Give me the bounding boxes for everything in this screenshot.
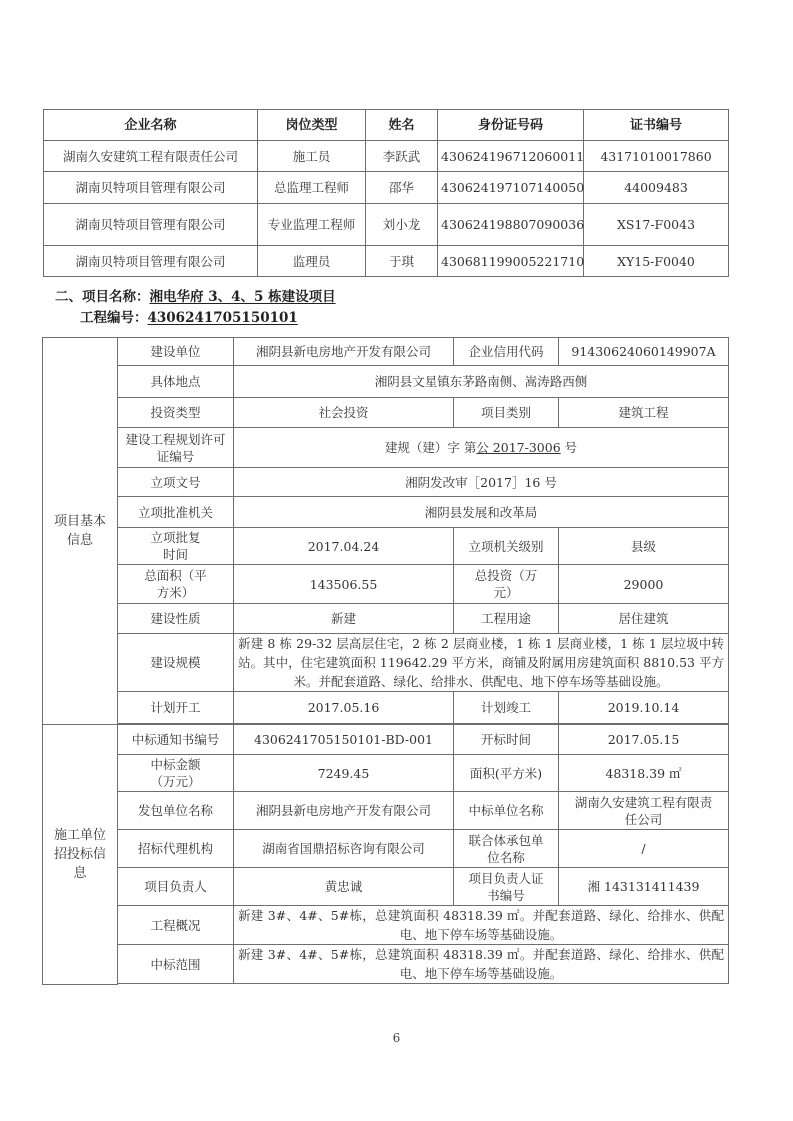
label-location: 具体地点 xyxy=(118,366,234,398)
cell-id-number: 430624196712060011 xyxy=(438,141,584,172)
table-row: 立项批复时间 2017.04.24 立项机关级别 县级 xyxy=(43,528,729,565)
cell-name: 于琪 xyxy=(366,246,438,277)
cell-name: 李跃武 xyxy=(366,141,438,172)
header-company: 企业名称 xyxy=(44,110,258,141)
section-label-bidding-info: 施工单位招投标信息 xyxy=(43,725,118,985)
value-location: 湘阴县文星镇东茅路南侧、嵩涛路西侧 xyxy=(234,366,729,398)
staff-table-header: 企业名称 岗位类型 姓名 身份证号码 证书编号 xyxy=(44,110,729,141)
label-manager: 项目负责人 xyxy=(118,868,234,906)
cell-name: 邵华 xyxy=(366,172,438,204)
value-permit: 建规（建）字 第公 2017-3006 号 xyxy=(234,428,729,468)
label-approval-doc: 立项文号 xyxy=(118,468,234,497)
table-row: 中标金额（万元） 7249.45 面积(平方米) 48318.39 ㎡ xyxy=(43,755,729,792)
project-heading-prefix: 二、项目名称： xyxy=(55,289,150,305)
value-bid-opening: 2017.05.15 xyxy=(559,725,729,755)
value-construction-unit: 湘阴县新电房地产开发有限公司 xyxy=(234,338,454,366)
label-approval-time: 立项批复时间 xyxy=(118,528,234,565)
table-row: 湖南贝特项目管理有限公司 总监理工程师 邵华 43062419710714005… xyxy=(44,172,729,204)
value-approval-time: 2017.04.24 xyxy=(234,528,454,565)
project-heading: 二、项目名称：湘电华府 3、4、5 栋建设项目 xyxy=(55,285,336,305)
label-bid-opening: 开标时间 xyxy=(454,725,559,755)
label-planned-start: 计划开工 xyxy=(118,692,234,724)
cell-certificate: 43171010017860 xyxy=(584,141,729,172)
value-approval-authority: 湘阴县发展和改革局 xyxy=(234,497,729,528)
table-row: 建设工程规划许可证编号 建规（建）字 第公 2017-3006 号 xyxy=(43,428,729,468)
label-investment-type: 投资类型 xyxy=(118,398,234,428)
label-issuer: 发包单位名称 xyxy=(118,792,234,830)
table-row: 投资类型 社会投资 项目类别 建筑工程 xyxy=(43,398,729,428)
cell-certificate: XS17-F0043 xyxy=(584,204,729,246)
value-winner: 湖南久安建筑工程有限责任公司 xyxy=(559,792,729,830)
value-investment-type: 社会投资 xyxy=(234,398,454,428)
value-manager-cert: 湘 143131411439 xyxy=(559,868,729,906)
label-bid-amount: 中标金额（万元） xyxy=(118,755,234,792)
header-position: 岗位类型 xyxy=(258,110,366,141)
table-row: 工程概况 新建 3#、4#、5#栋，总建筑面积 48318.39 ㎡。并配套道路… xyxy=(43,906,729,945)
label-manager-cert: 项目负责人证书编号 xyxy=(454,868,559,906)
table-row: 招标代理机构 湖南省国鼎招标咨询有限公司 联合体承包单位名称 / xyxy=(43,830,729,868)
value-issuer: 湘阴县新电房地产开发有限公司 xyxy=(234,792,454,830)
value-total-investment: 29000 xyxy=(559,565,729,604)
table-row: 发包单位名称 湘阴县新电房地产开发有限公司 中标单位名称 湖南久安建筑工程有限责… xyxy=(43,792,729,830)
table-row: 立项批准机关 湘阴县发展和改革局 xyxy=(43,497,729,528)
value-total-area: 143506.55 xyxy=(234,565,454,604)
label-scope: 中标范围 xyxy=(118,945,234,984)
permit-suffix: 号 xyxy=(561,440,577,455)
label-credit-code: 企业信用代码 xyxy=(454,338,559,366)
section-label-basic-info: 项目基本信息 xyxy=(43,338,118,725)
project-code-label: 工程编号： xyxy=(80,310,148,326)
label-winner: 中标单位名称 xyxy=(454,792,559,830)
value-scale: 新建 8 栋 29-32 层高层住宅，2 栋 2 层商业楼，1 栋 1 层商业楼… xyxy=(234,634,729,692)
cell-position: 总监理工程师 xyxy=(258,172,366,204)
table-row: 项目基本信息 建设单位 湘阴县新电房地产开发有限公司 企业信用代码 914306… xyxy=(43,338,729,366)
value-planned-completion: 2019.10.14 xyxy=(559,692,729,724)
value-approval-doc: 湘阴发改审［2017］16 号 xyxy=(234,468,729,497)
cell-company: 湖南贝特项目管理有限公司 xyxy=(44,246,258,277)
table-row: 项目负责人 黄忠诚 项目负责人证书编号 湘 143131411439 xyxy=(43,868,729,906)
value-notice-no: 4306241705150101-BD-001 xyxy=(234,725,454,755)
cell-id-number: 430681199005221710 xyxy=(438,246,584,277)
label-project-category: 项目类别 xyxy=(454,398,559,428)
cell-company: 湖南久安建筑工程有限责任公司 xyxy=(44,141,258,172)
spacer-row xyxy=(43,984,729,985)
cell-certificate: XY15-F0040 xyxy=(584,246,729,277)
label-scale: 建设规模 xyxy=(118,634,234,692)
value-agency: 湖南省国鼎招标咨询有限公司 xyxy=(234,830,454,868)
label-total-area: 总面积（平方米） xyxy=(118,565,234,604)
project-info-table: 项目基本信息 建设单位 湘阴县新电房地产开发有限公司 企业信用代码 914306… xyxy=(42,337,729,985)
table-row: 施工单位招投标信息 中标通知书编号 4306241705150101-BD-00… xyxy=(43,725,729,755)
table-row: 建设规模 新建 8 栋 29-32 层高层住宅，2 栋 2 层商业楼，1 栋 1… xyxy=(43,634,729,692)
cell-name: 刘小龙 xyxy=(366,204,438,246)
value-project-category: 建筑工程 xyxy=(559,398,729,428)
table-row: 湖南贝特项目管理有限公司 监理员 于琪 430681199005221710 X… xyxy=(44,246,729,277)
label-construction-unit: 建设单位 xyxy=(118,338,234,366)
cell-id-number: 430624197107140050 xyxy=(438,172,584,204)
cell-id-number: 430624198807090036 xyxy=(438,204,584,246)
header-name: 姓名 xyxy=(366,110,438,141)
label-consortium: 联合体承包单位名称 xyxy=(454,830,559,868)
value-authority-level: 县级 xyxy=(559,528,729,565)
staff-table: 企业名称 岗位类型 姓名 身份证号码 证书编号 湖南久安建筑工程有限责任公司 施… xyxy=(43,109,729,277)
header-certificate: 证书编号 xyxy=(584,110,729,141)
value-area: 48318.39 ㎡ xyxy=(559,755,729,792)
value-nature: 新建 xyxy=(234,604,454,634)
cell-company: 湖南贝特项目管理有限公司 xyxy=(44,172,258,204)
label-notice-no: 中标通知书编号 xyxy=(118,725,234,755)
table-row: 计划开工 2017.05.16 计划竣工 2019.10.14 xyxy=(43,692,729,724)
value-credit-code: 91430624060149907A xyxy=(559,338,729,366)
label-area: 面积(平方米) xyxy=(454,755,559,792)
page-number: 6 xyxy=(0,1031,793,1045)
project-code-line: 工程编号：4306241705150101 xyxy=(80,306,298,326)
value-planned-start: 2017.05.16 xyxy=(234,692,454,724)
table-row: 立项文号 湘阴发改审［2017］16 号 xyxy=(43,468,729,497)
cell-position: 施工员 xyxy=(258,141,366,172)
label-total-investment: 总投资（万元） xyxy=(454,565,559,604)
value-manager: 黄忠诚 xyxy=(234,868,454,906)
label-nature: 建设性质 xyxy=(118,604,234,634)
table-row: 建设性质 新建 工程用途 居住建筑 xyxy=(43,604,729,634)
label-planned-completion: 计划竣工 xyxy=(454,692,559,724)
label-overview: 工程概况 xyxy=(118,906,234,945)
value-overview: 新建 3#、4#、5#栋，总建筑面积 48318.39 ㎡。并配套道路、绿化、给… xyxy=(234,906,729,945)
table-row: 中标范围 新建 3#、4#、5#栋，总建筑面积 48318.39 ㎡。并配套道路… xyxy=(43,945,729,984)
value-usage: 居住建筑 xyxy=(559,604,729,634)
header-id-number: 身份证号码 xyxy=(438,110,584,141)
value-consortium: / xyxy=(559,830,729,868)
cell-position: 监理员 xyxy=(258,246,366,277)
label-agency: 招标代理机构 xyxy=(118,830,234,868)
table-row: 总面积（平方米） 143506.55 总投资（万元） 29000 xyxy=(43,565,729,604)
project-name: 湘电华府 3、4、5 栋建设项目 xyxy=(150,289,336,305)
permit-prefix: 建规（建）字 第 xyxy=(385,440,476,455)
label-approval-authority: 立项批准机关 xyxy=(118,497,234,528)
table-row: 湖南久安建筑工程有限责任公司 施工员 李跃武 43062419671206001… xyxy=(44,141,729,172)
permit-number: 公 2017-3006 xyxy=(476,440,560,455)
table-row: 湖南贝特项目管理有限公司 专业监理工程师 刘小龙 430624198807090… xyxy=(44,204,729,246)
label-authority-level: 立项机关级别 xyxy=(454,528,559,565)
table-row: 具体地点 湘阴县文星镇东茅路南侧、嵩涛路西侧 xyxy=(43,366,729,398)
value-bid-amount: 7249.45 xyxy=(234,755,454,792)
label-usage: 工程用途 xyxy=(454,604,559,634)
label-permit: 建设工程规划许可证编号 xyxy=(118,428,234,468)
cell-certificate: 44009483 xyxy=(584,172,729,204)
value-scope: 新建 3#、4#、5#栋，总建筑面积 48318.39 ㎡。并配套道路、绿化、给… xyxy=(234,945,729,984)
cell-position: 专业监理工程师 xyxy=(258,204,366,246)
project-code: 4306241705150101 xyxy=(148,310,298,326)
cell-company: 湖南贝特项目管理有限公司 xyxy=(44,204,258,246)
